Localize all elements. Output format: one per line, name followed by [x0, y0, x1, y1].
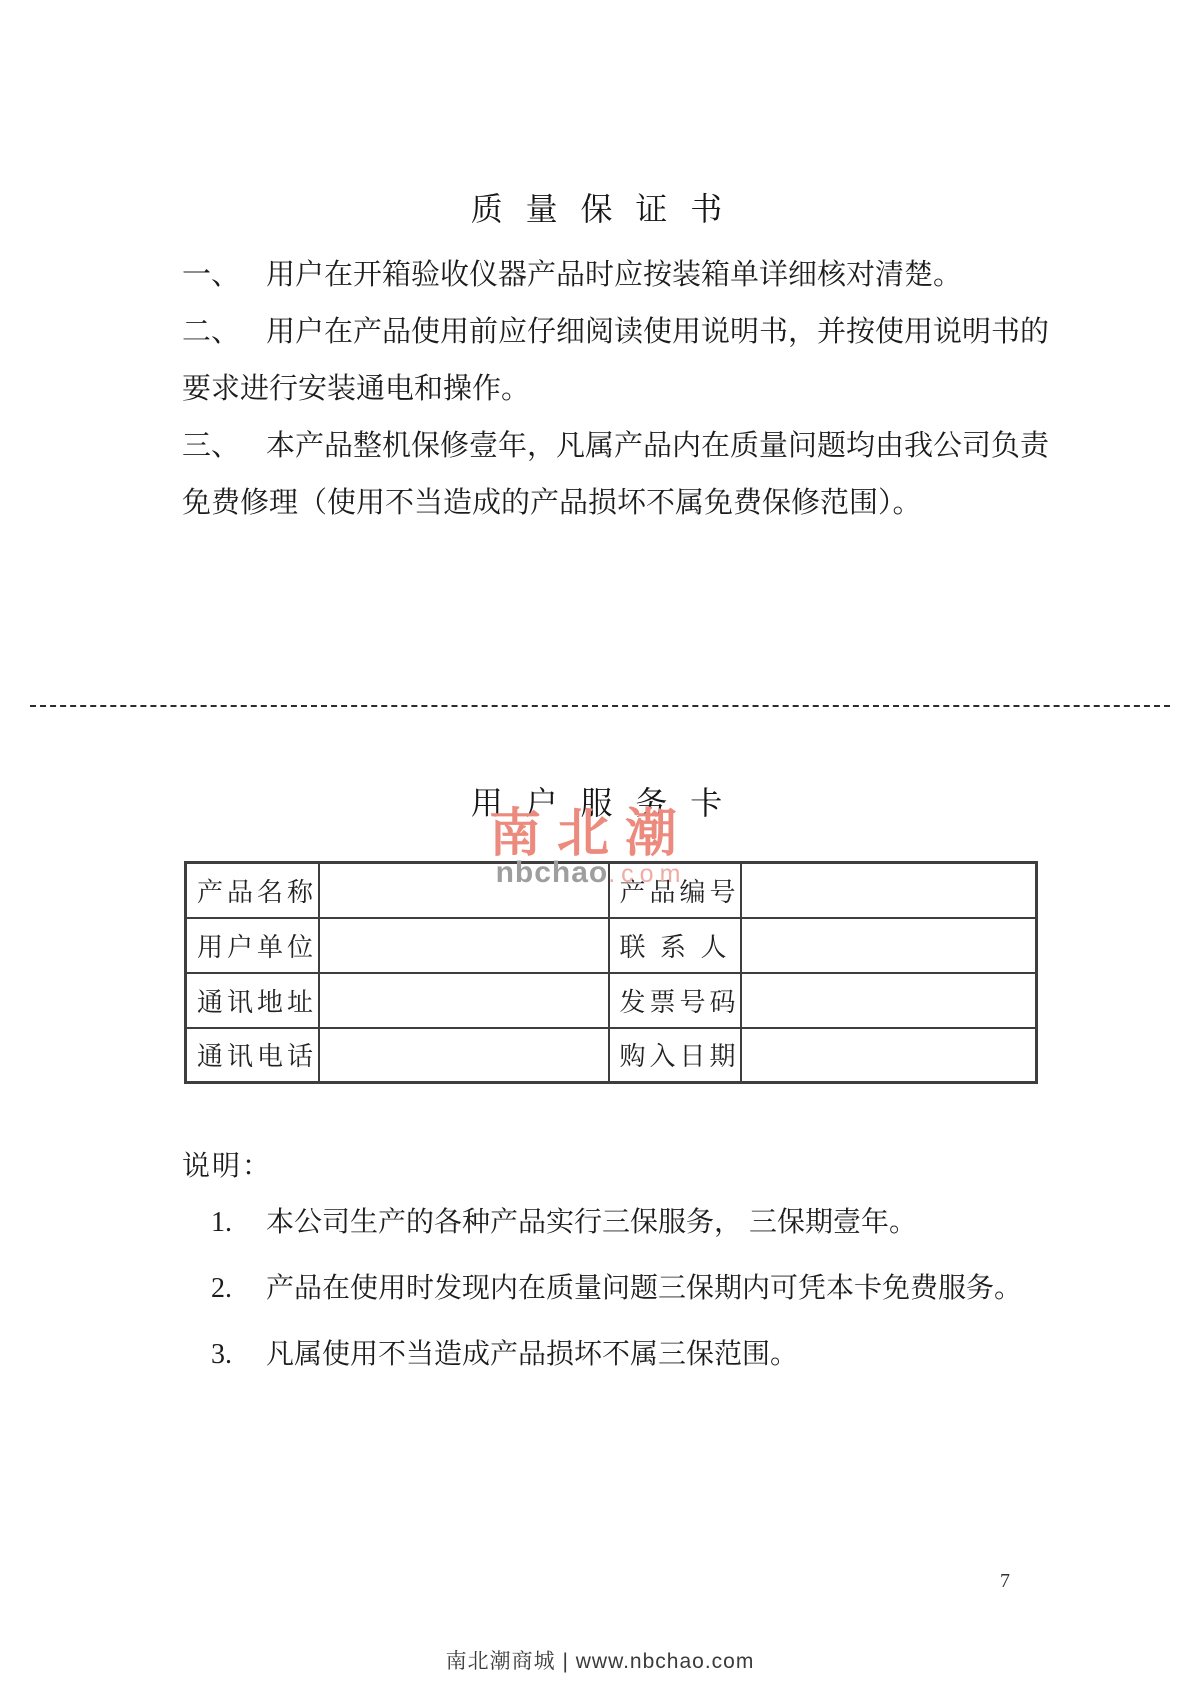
value-contact-person: [741, 918, 1037, 973]
label-contact-person: 联 系 人: [609, 918, 741, 973]
site-footer: 南北潮商城 | www.nbchao.com: [0, 1645, 1200, 1675]
note-item-3: 3.凡属使用不当造成产品损坏不属三保范围。: [211, 1322, 1022, 1388]
warranty-item-2-continuation: 要求进行安装通电和操作。: [182, 361, 1042, 418]
note-item-1: 1.本公司生产的各种产品实行三保服务， 三保期壹年。: [211, 1190, 1022, 1256]
value-mailing-address: [319, 973, 609, 1028]
notes-heading: 说明：: [182, 1144, 272, 1184]
table-row: 产品名称 产品编号: [186, 863, 1037, 918]
note-item-2-number: 2.: [211, 1256, 266, 1322]
warranty-title: 质 量 保 证 书: [0, 184, 1200, 230]
warranty-item-2-text: 用户在产品使用前应仔细阅读使用说明书，并按使用说明书的: [266, 316, 1049, 348]
warranty-item-3-text: 本产品整机保修壹年，凡属产品内在质量问题均由我公司负责: [266, 430, 1049, 462]
service-card-title: 用 户 服 务 卡: [0, 778, 1200, 824]
warranty-item-1-number: 一、: [182, 247, 240, 304]
label-invoice-number: 发票号码: [609, 973, 741, 1028]
value-user-unit: [319, 918, 609, 973]
document-page: 质 量 保 证 书 一、用户在开箱验收仪器产品时应按装箱单详细核对清楚。 二、用…: [0, 0, 1200, 1698]
note-item-3-number: 3.: [211, 1322, 266, 1388]
table-row: 通讯地址 发票号码: [186, 973, 1037, 1028]
label-product-number: 产品编号: [609, 863, 741, 918]
label-purchase-date: 购入日期: [609, 1028, 741, 1083]
dashed-divider: [30, 705, 1170, 707]
value-product-number: [741, 863, 1037, 918]
page-number: 7: [1000, 1570, 1010, 1593]
warranty-item-1: 一、用户在开箱验收仪器产品时应按装箱单详细核对清楚。: [182, 247, 1042, 304]
value-contact-phone: [319, 1028, 609, 1083]
warranty-item-1-text: 用户在开箱验收仪器产品时应按装箱单详细核对清楚。: [266, 259, 962, 291]
note-item-2-text: 产品在使用时发现内在质量问题三保期内可凭本卡免费服务。: [266, 1273, 1022, 1304]
warranty-item-2: 二、用户在产品使用前应仔细阅读使用说明书，并按使用说明书的: [182, 304, 1042, 361]
value-purchase-date: [741, 1028, 1037, 1083]
warranty-item-3-number: 三、: [182, 418, 240, 475]
warranty-body: 一、用户在开箱验收仪器产品时应按装箱单详细核对清楚。 二、用户在产品使用前应仔细…: [182, 247, 1042, 532]
table-row: 用户单位 联 系 人: [186, 918, 1037, 973]
notes-list: 1.本公司生产的各种产品实行三保服务， 三保期壹年。 2.产品在使用时发现内在质…: [211, 1190, 1022, 1388]
warranty-item-3: 三、本产品整机保修壹年，凡属产品内在质量问题均由我公司负责: [182, 418, 1042, 475]
note-item-1-number: 1.: [211, 1190, 266, 1256]
note-item-1-text: 本公司生产的各种产品实行三保服务， 三保期壹年。: [266, 1207, 917, 1238]
note-item-3-text: 凡属使用不当造成产品损坏不属三保范围。: [266, 1339, 798, 1370]
service-card-table: 产品名称 产品编号 用户单位 联 系 人 通讯地址 发票号码 通讯电话 购入日: [184, 861, 1038, 1084]
label-product-name: 产品名称: [186, 863, 319, 918]
value-invoice-number: [741, 973, 1037, 1028]
label-user-unit: 用户单位: [186, 918, 319, 973]
warranty-item-2-number: 二、: [182, 304, 240, 361]
value-product-name: [319, 863, 609, 918]
note-item-2: 2.产品在使用时发现内在质量问题三保期内可凭本卡免费服务。: [211, 1256, 1022, 1322]
table-row: 通讯电话 购入日期: [186, 1028, 1037, 1083]
warranty-item-3-continuation: 免费修理（使用不当造成的产品损坏不属免费保修范围）。: [182, 475, 1042, 532]
label-mailing-address: 通讯地址: [186, 973, 319, 1028]
label-contact-phone: 通讯电话: [186, 1028, 319, 1083]
